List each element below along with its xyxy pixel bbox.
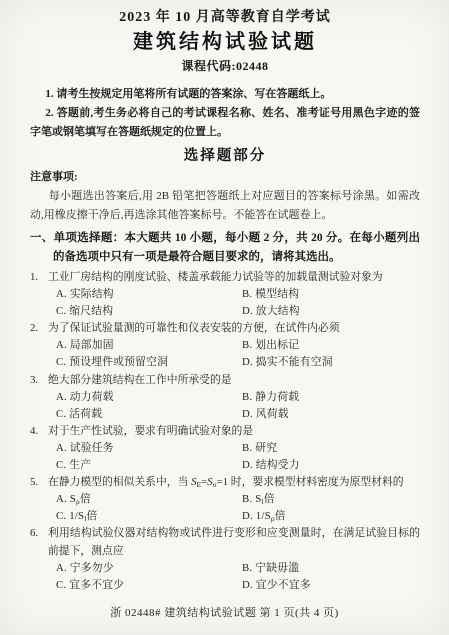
- option-a: A. Sρ倍: [56, 491, 242, 508]
- section-heading: 选择题部分: [30, 146, 420, 166]
- general-instructions: 1. 请考生按规定用笔将所有试题的答案涂、写在答题纸上。 2. 答题前,考生务必…: [30, 85, 420, 142]
- instruction-item-2: 2. 答题前,考生务必将自己的考试课程名称、姓名、准考证号用黑色字迹的签字笔或钢…: [30, 104, 420, 142]
- option-c: C. 1/Sl倍: [56, 508, 242, 525]
- option-a: A. 试验任务: [56, 440, 242, 457]
- question-number: 6.: [30, 525, 38, 542]
- course-code: 课程代码:02448: [30, 58, 420, 74]
- option-a: A. 宁多勿少: [56, 560, 242, 577]
- option-b: B. 划出标记: [242, 337, 420, 354]
- question-6: 6. 利用结构试验仪器对结构物或试件进行变形和应变测量时，在满足试验目标的前提下…: [30, 525, 420, 593]
- question-number: 1.: [30, 269, 38, 286]
- question-number: 3.: [30, 372, 38, 389]
- option-a: A. 实际结构: [56, 286, 242, 303]
- question-1: 1. 工业厂房结构的刚度试验、楼盖承载能力试验等的加载量测试验对象为 A. 实际…: [30, 269, 420, 320]
- option-d: D. 宜少不宜多: [242, 577, 420, 594]
- notice-label: 注意事项:: [30, 168, 420, 187]
- option-b: B. 宁缺毋滥: [242, 560, 420, 577]
- option-d: D. 风荷载: [242, 406, 420, 423]
- option-d: D. 捣实不能有空洞: [242, 354, 420, 371]
- question-stem: 为了保证试验量测的可靠性和仪表安装的方便，在试件内必须: [48, 320, 420, 337]
- option-grid: A. 试验任务 B. 研究 C. 生产 D. 结构受力: [56, 440, 420, 474]
- page-footer: 浙 02448# 建筑结构试验试题 第 1 页(共 4 页): [0, 604, 449, 620]
- question-5: 5. 在静力模型的相似关系中，当 SE=Sσ=1 时，要求模型材料密度为原型材料…: [30, 474, 420, 525]
- exam-session-line: 2023 年 10 月高等教育自学考试: [30, 8, 420, 28]
- question-number: 4.: [30, 423, 38, 440]
- question-number: 2.: [30, 320, 38, 337]
- question-stem: 利用结构试验仪器对结构物或试件进行变形和应变测量时，在满足试验目标的前提下，测点…: [48, 525, 420, 559]
- question-stem: 在静力模型的相似关系中，当 SE=Sσ=1 时，要求模型材料密度为原型材料的: [48, 474, 420, 491]
- option-grid: A. 宁多勿少 B. 宁缺毋滥 C. 宜多不宜少 D. 宜少不宜多: [56, 560, 420, 594]
- question-3: 3. 绝大部分建筑结构在工作中所承受的是 A. 动力荷载 B. 静力荷载 C. …: [30, 372, 420, 423]
- option-c: C. 活荷载: [56, 406, 242, 423]
- question-stem: 对于生产性试验，要求有明确试验对象的是: [48, 423, 420, 440]
- option-grid: A. 动力荷载 B. 静力荷载 C. 活荷载 D. 风荷载: [56, 389, 420, 423]
- paper-title: 建筑结构试验试题: [30, 30, 420, 55]
- option-b: B. 模型结构: [242, 286, 420, 303]
- part-one-heading: 一、单项选择题：本大题共 10 小题，每小题 2 分，共 20 分。在每小题列出…: [30, 229, 420, 266]
- question-2: 2. 为了保证试验量测的可靠性和仪表安装的方便，在试件内必须 A. 局部加固 B…: [30, 320, 420, 371]
- option-a: A. 动力荷载: [56, 389, 242, 406]
- option-d: D. 放大结构: [242, 303, 420, 320]
- option-c: C. 缩尺结构: [56, 303, 242, 320]
- option-a: A. 局部加固: [56, 337, 242, 354]
- question-list: 1. 工业厂房结构的刚度试验、楼盖承载能力试验等的加载量测试验对象为 A. 实际…: [30, 269, 420, 594]
- option-d: D. 1/Sρ倍: [242, 508, 420, 525]
- question-stem: 工业厂房结构的刚度试验、楼盖承载能力试验等的加载量测试验对象为: [48, 269, 420, 286]
- option-b: B. 研究: [242, 440, 420, 457]
- option-grid: A. 局部加固 B. 划出标记 C. 预设埋件或预留空洞 D. 捣实不能有空洞: [56, 337, 420, 371]
- exam-paper-page: 2023 年 10 月高等教育自学考试 建筑结构试验试题 课程代码:02448 …: [0, 0, 449, 635]
- question-4: 4. 对于生产性试验，要求有明确试验对象的是 A. 试验任务 B. 研究 C. …: [30, 423, 420, 474]
- question-stem: 绝大部分建筑结构在工作中所承受的是: [48, 372, 420, 389]
- option-grid: A. 实际结构 B. 模型结构 C. 缩尺结构 D. 放大结构: [56, 286, 420, 320]
- option-grid: A. Sρ倍 B. Sl倍 C. 1/Sl倍 D. 1/Sρ倍: [56, 491, 420, 525]
- option-c: C. 生产: [56, 457, 242, 474]
- option-b: B. 静力荷载: [242, 389, 420, 406]
- instruction-item-1: 1. 请考生按规定用笔将所有试题的答案涂、写在答题纸上。: [30, 85, 420, 104]
- option-d: D. 结构受力: [242, 457, 420, 474]
- option-c: C. 预设埋件或预留空洞: [56, 354, 242, 371]
- question-number: 5.: [30, 474, 38, 491]
- option-b: B. Sl倍: [242, 491, 420, 508]
- option-c: C. 宜多不宜少: [56, 577, 242, 594]
- notice-body: 每小题选出答案后,用 2B 铅笔把答题纸上对应题目的答案标号涂黑。如需改动,用橡…: [30, 187, 420, 225]
